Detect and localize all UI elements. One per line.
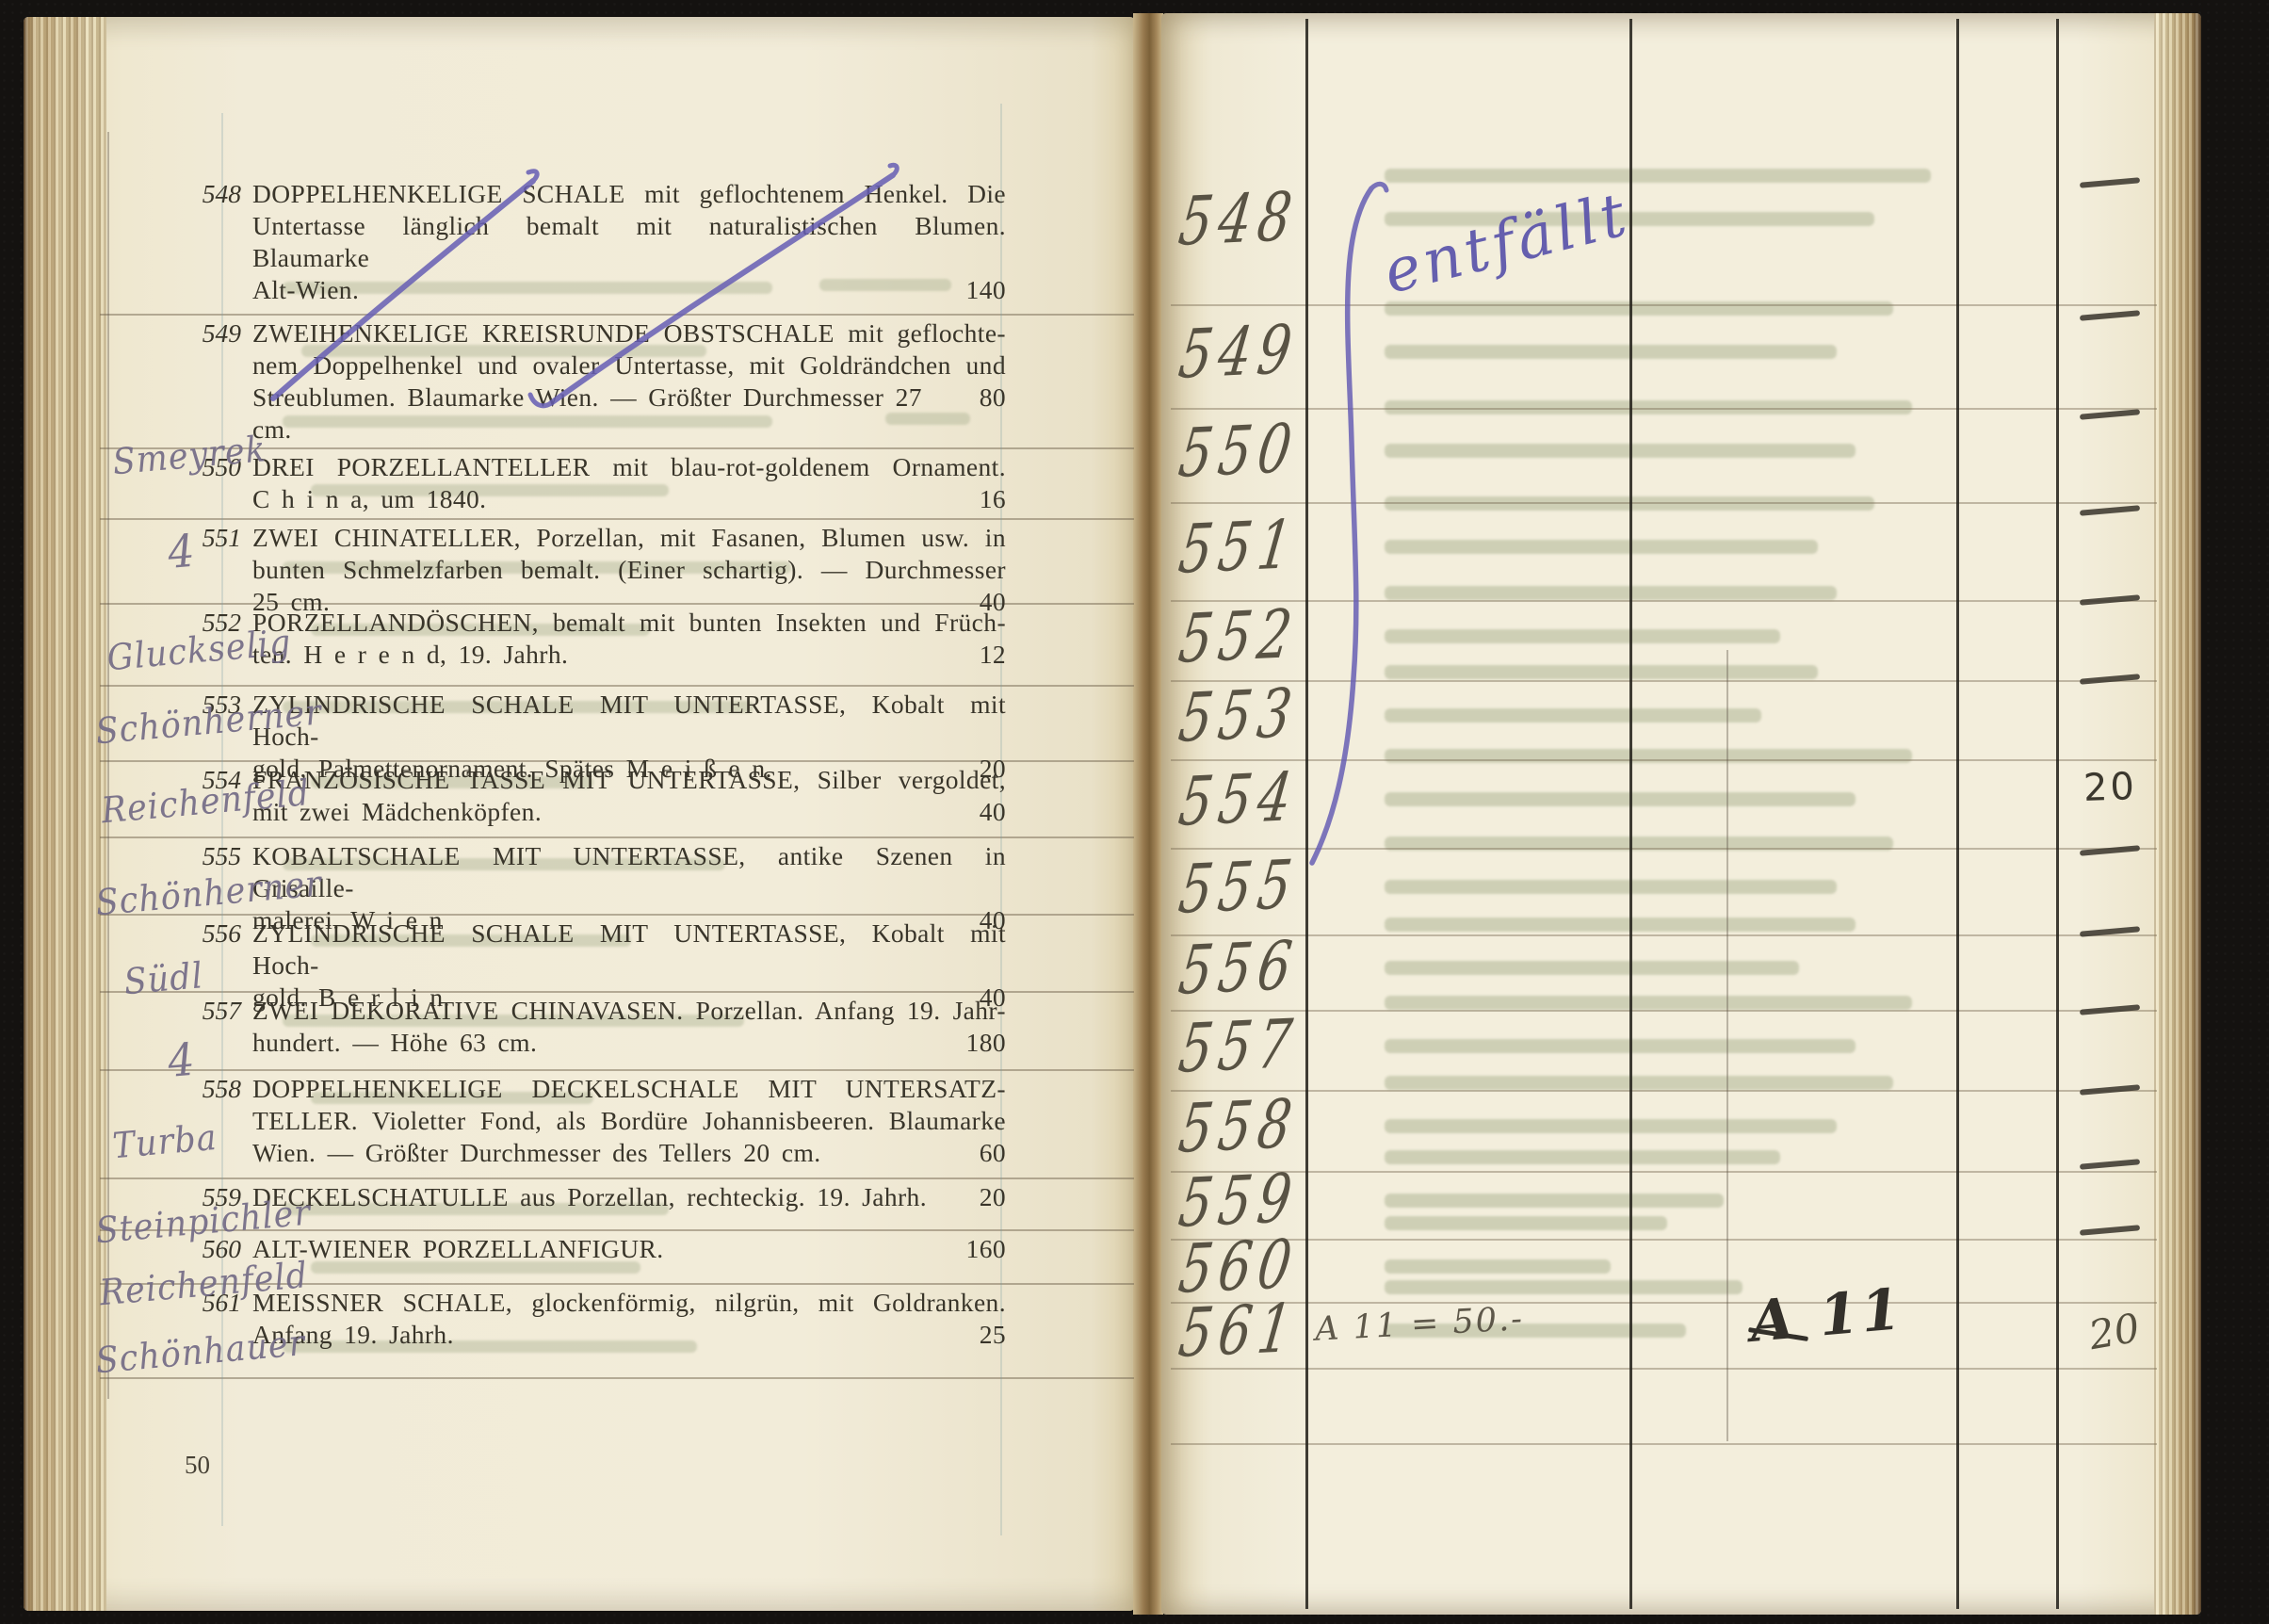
entry-line: ZWEI CHINATELLER, Porzellan, mit Fasanen…: [252, 522, 1006, 554]
bleedthrough-text-line: [1385, 1194, 1724, 1208]
entry-line: DOPPELHENKELIGE DECKELSCHALE MIT UNTERSA…: [252, 1073, 1006, 1105]
page-number: 50: [185, 1451, 210, 1480]
price-value: 180: [948, 1027, 1006, 1059]
entry-text: Wien. — Größter Durchmesser des Tellers …: [252, 1137, 821, 1169]
bleedthrough-text-line: [1385, 665, 1818, 679]
handwritten-lot-number: 557: [1174, 1004, 1304, 1088]
bleedthrough-text-line: [1385, 345, 1837, 359]
bleedthrough-text-line: [1385, 629, 1780, 643]
bleedthrough-text-line: [1385, 1280, 1742, 1294]
price-value: 12: [961, 639, 1006, 671]
handwritten-lot-number: 558: [1174, 1084, 1304, 1168]
margin-bidder-name: 4: [166, 1033, 198, 1087]
pencil-amount-20: 20: [2085, 1305, 2143, 1359]
bleedthrough-text-line: [1385, 1150, 1780, 1164]
entry-line: ZYLINDRISCHE SCHALE MIT UNTERTASSE, Koba…: [252, 918, 1006, 982]
bleedthrough-text-line: [1385, 1076, 1893, 1090]
book-scan: 548DOPPELHENKELIGE SCHALE mit geflochten…: [0, 0, 2269, 1624]
handwritten-lot-number: 553: [1174, 674, 1304, 757]
ledger-row-line: [1171, 408, 2157, 410]
pencil-note-a11-large: A 11: [1747, 1276, 1905, 1356]
ledger-row-line: [1171, 1239, 2157, 1241]
entry-text: Alt-Wien.: [252, 274, 359, 306]
ledger-row-line: [1171, 1368, 2157, 1370]
entry-separator: [100, 685, 1134, 687]
catalog-entry: DOPPELHENKELIGE SCHALE mit geflochtenem …: [252, 178, 1006, 314]
handwritten-lot-number: 552: [1174, 594, 1304, 678]
lot-number: 556: [160, 918, 241, 950]
price-value: 160: [948, 1233, 1006, 1265]
entry-last-line: ALT-WIENER PORZELLANFIGUR.160: [252, 1233, 1006, 1265]
ledger-column-rule: [2056, 19, 2059, 1609]
catalog-entry: ZWEI DEKORATIVE CHINAVASEN. Porzellan. A…: [252, 995, 1006, 1069]
catalog-entry: ALT-WIENER PORZELLANFIGUR.160: [252, 1233, 1006, 1283]
margin-bidder-name: Südl: [122, 956, 205, 1003]
entry-text: ALT-WIENER PORZELLANFIGUR.: [252, 1233, 664, 1265]
catalog-entry: PORZELLANDÖSCHEN, bemalt mit bunten Inse…: [252, 607, 1006, 685]
handwritten-lot-number: 548: [1174, 177, 1304, 261]
ledger-row-line: [1171, 680, 2157, 682]
handwritten-lot-number: 555: [1174, 845, 1304, 929]
book-gutter: [1133, 13, 1163, 1615]
lot-number: 549: [160, 317, 241, 349]
entry-line: ZWEI DEKORATIVE CHINAVASEN. Porzellan. A…: [252, 995, 1006, 1027]
bleedthrough-text-line: [1385, 444, 1856, 458]
price-value: 16: [961, 483, 1006, 515]
price-value: 140: [948, 274, 1006, 306]
ledger-row-line: [1171, 600, 2157, 602]
entry-separator: [100, 1377, 1134, 1379]
bleedthrough-text-line: [1385, 1039, 1856, 1053]
catalog-entry: ZWEIHENKELIGE KREISRUNDE OBSTSCHALE mit …: [252, 317, 1006, 447]
ledger-row-line: [1171, 304, 2157, 306]
entry-line: nem Doppelhenkel und ovaler Untertasse, …: [252, 349, 1006, 382]
bleedthrough-text-line: [1385, 1216, 1667, 1230]
handwritten-lot-number: 556: [1174, 926, 1304, 1010]
handwritten-lot-number: 554: [1174, 757, 1304, 841]
pencil-amount-20: 20: [2083, 765, 2137, 810]
ledger-row-line: [1171, 1010, 2157, 1012]
bleedthrough-text-line: [1385, 1119, 1837, 1133]
catalog-entry: DECKELSCHATULLE aus Porzellan, rechtecki…: [252, 1181, 1006, 1229]
catalog-entry: DREI PORZELLANTELLER mit blau-rot-golden…: [252, 451, 1006, 518]
ledger-row-line: [1171, 934, 2157, 936]
entry-line: bunten Schmelzfarben bemalt. (Einer scha…: [252, 554, 1006, 586]
catalog-entry: DOPPELHENKELIGE DECKELSCHALE MIT UNTERSA…: [252, 1073, 1006, 1177]
price-value: 60: [961, 1137, 1006, 1169]
catalog-entry: ZYLINDRISCHE SCHALE MIT UNTERTASSE, Koba…: [252, 918, 1006, 991]
entry-last-line: ten. H e r e n d, 19. Jahrh.12: [252, 639, 1006, 671]
entry-last-line: C h i n a, um 1840.16: [252, 483, 1006, 515]
lot-number: 548: [160, 178, 241, 210]
entry-separator: [100, 1177, 1134, 1179]
entry-text: ten. H e r e n d, 19. Jahrh.: [252, 639, 568, 671]
lot-number: 557: [160, 995, 241, 1027]
handwritten-lot-number: 549: [1174, 310, 1304, 394]
bleedthrough-text-line: [1385, 169, 1931, 183]
lot-number: 555: [160, 840, 241, 872]
entry-text: Streublumen. Blaumarke Wien. — Größter D…: [252, 382, 961, 446]
entry-line: PORZELLANDÖSCHEN, bemalt mit bunten Inse…: [252, 607, 1006, 639]
bleedthrough-text-line: [1385, 1259, 1611, 1274]
ledger-row-line: [1171, 502, 2157, 504]
bleedthrough-text-line: [1385, 918, 1856, 932]
bleedthrough-text-line: [1385, 792, 1856, 806]
price-value: 20: [961, 1181, 1006, 1213]
entry-last-line: Wien. — Größter Durchmesser des Tellers …: [252, 1137, 1006, 1169]
entry-line: FRANZÖSISCHE TASSE MIT UNTERTASSE, Silbe…: [252, 764, 1006, 796]
bleedthrough-text-line: [1385, 708, 1761, 723]
ledger-column-rule: [1956, 19, 1959, 1609]
entry-line: DREI PORZELLANTELLER mit blau-rot-golden…: [252, 451, 1006, 483]
handwritten-lot-number: 551: [1174, 505, 1304, 589]
margin-bidder-name: 4: [166, 525, 198, 578]
entry-separator: [100, 518, 1134, 520]
catalog-entry: MEISSNER SCHALE, glockenförmig, nilgrün,…: [252, 1287, 1006, 1377]
ledger-row-line: [1171, 1090, 2157, 1092]
entry-text: DECKELSCHATULLE aus Porzellan, rechtecki…: [252, 1181, 927, 1213]
bleedthrough-text-line: [1385, 586, 1837, 600]
entry-line: ZYLINDRISCHE SCHALE MIT UNTERTASSE, Koba…: [252, 689, 1006, 753]
entry-line: Untertasse länglich bemalt mit naturalis…: [252, 210, 1006, 274]
entry-last-line: Anfang 19. Jahrh.25: [252, 1319, 1006, 1351]
entry-separator: [100, 314, 1134, 316]
price-value: 25: [961, 1319, 1006, 1351]
handwritten-lot-number: 550: [1174, 409, 1304, 493]
right-page-edge-stack: [2154, 13, 2201, 1615]
bleedthrough-text-line: [1385, 880, 1837, 894]
entry-text: C h i n a, um 1840.: [252, 483, 486, 515]
entry-last-line: Streublumen. Blaumarke Wien. — Größter D…: [252, 382, 1006, 446]
bleedthrough-text-line: [1385, 996, 1912, 1010]
ledger-row-line: [1171, 1302, 2157, 1304]
price-value: 80: [961, 382, 1006, 446]
entry-text: hundert. — Höhe 63 cm.: [252, 1027, 537, 1059]
catalog-entry: KOBALTSCHALE MIT UNTERTASSE, antike Szen…: [252, 840, 1006, 914]
entry-separator: [100, 1069, 1134, 1071]
handwritten-lot-number: 561: [1174, 1289, 1304, 1372]
entry-last-line: Alt-Wien.140: [252, 274, 1006, 306]
entry-last-line: hundert. — Höhe 63 cm.180: [252, 1027, 1006, 1059]
entry-line: KOBALTSCHALE MIT UNTERTASSE, antike Szen…: [252, 840, 1006, 904]
entry-last-line: DECKELSCHATULLE aus Porzellan, rechtecki…: [252, 1181, 1006, 1213]
ledger-row-line: [1171, 759, 2157, 761]
right-page: [1161, 13, 2201, 1615]
bleedthrough-text-line: [1385, 961, 1799, 975]
ledger-pencil-rule: [1726, 650, 1728, 1441]
left-margin-rule: [107, 132, 109, 1399]
entry-line: MEISSNER SCHALE, glockenförmig, nilgrün,…: [252, 1287, 1006, 1319]
bleedthrough-text-line: [1385, 540, 1818, 554]
entry-last-line: mit zwei Mädchenköpfen.40: [252, 796, 1006, 828]
catalog-entry: FRANZÖSISCHE TASSE MIT UNTERTASSE, Silbe…: [252, 764, 1006, 836]
ledger-row-line: [1171, 848, 2157, 850]
entry-line: ZWEIHENKELIGE KREISRUNDE OBSTSCHALE mit …: [252, 317, 1006, 349]
catalog-entry: ZYLINDRISCHE SCHALE MIT UNTERTASSE, Koba…: [252, 689, 1006, 760]
entry-line: TELLER. Violetter Fond, als Bordüre Joha…: [252, 1105, 1006, 1137]
left-page-edge-stack: [24, 17, 106, 1611]
ledger-row-line: [1171, 1171, 2157, 1173]
ledger-column-rule: [1305, 19, 1308, 1609]
entry-line: DOPPELHENKELIGE SCHALE mit geflochtenem …: [252, 178, 1006, 210]
ledger-column-rule: [1629, 19, 1632, 1609]
catalog-entry: ZWEI CHINATELLER, Porzellan, mit Fasanen…: [252, 522, 1006, 603]
ledger-row-line: [1171, 1443, 2157, 1445]
price-value: 40: [961, 796, 1006, 828]
entry-separator: [100, 836, 1134, 838]
